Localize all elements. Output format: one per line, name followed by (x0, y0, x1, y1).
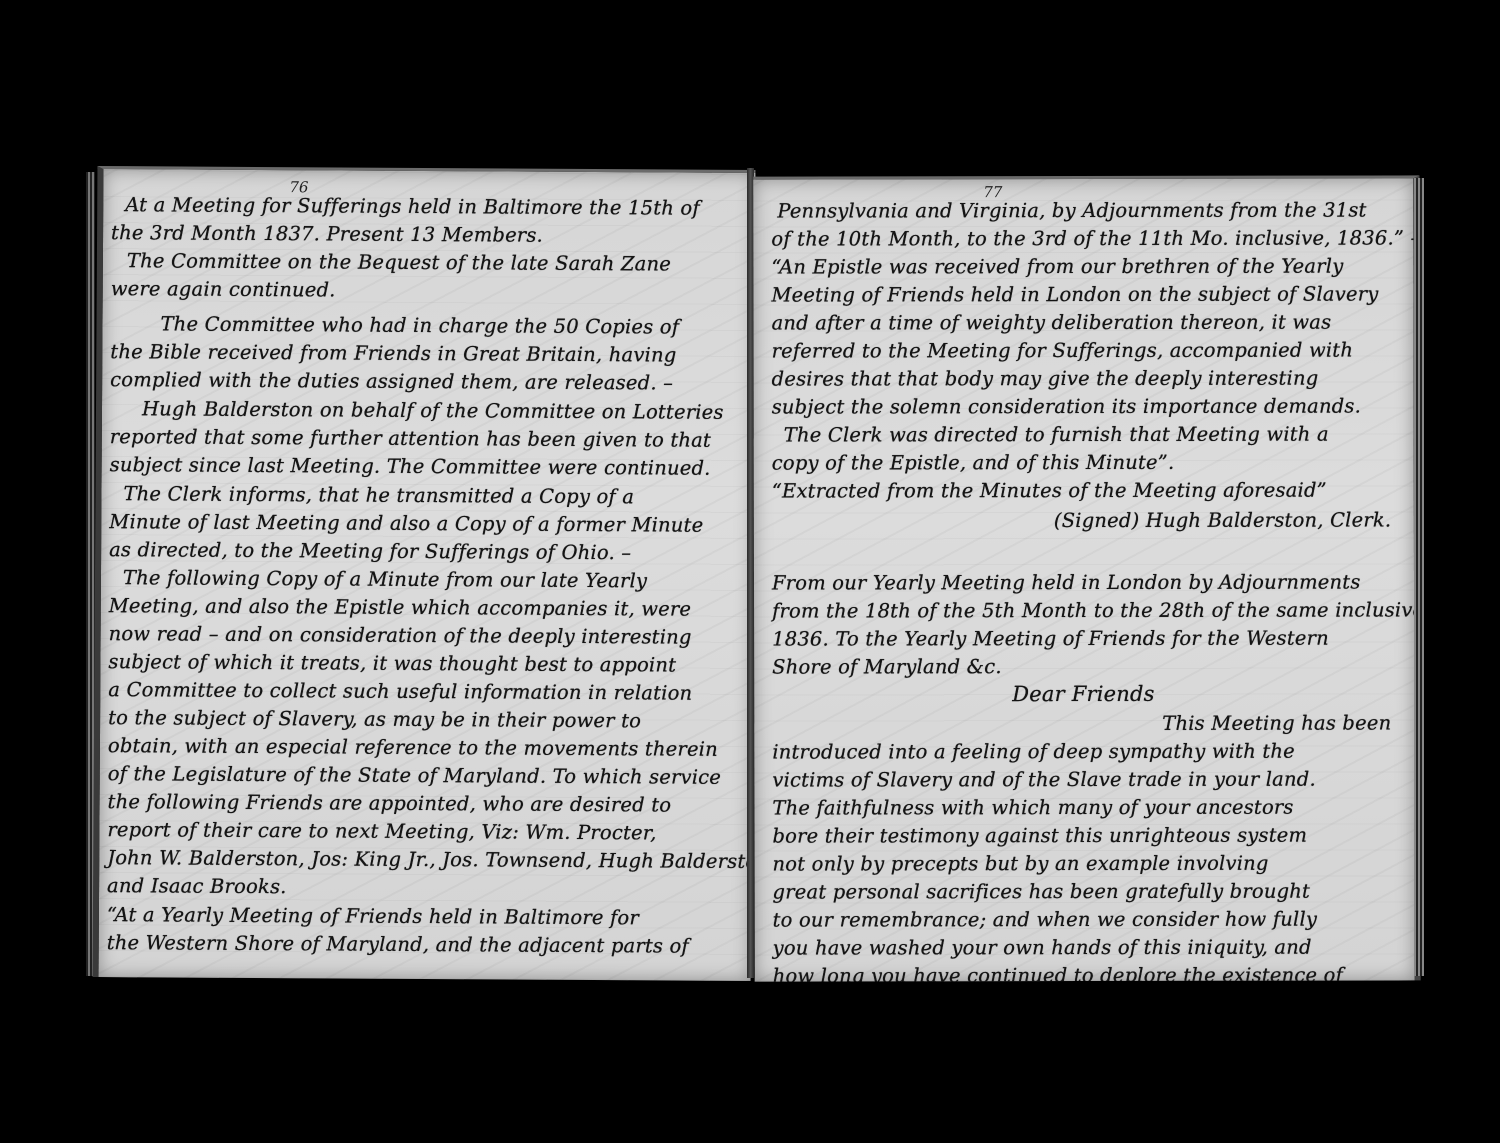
handwritten-line: the following Friends are appointed, who… (108, 790, 672, 816)
handwritten-line: “An Epistle was received from our brethr… (771, 255, 1343, 279)
handwritten-line: introduced into a feeling of deep sympat… (772, 740, 1295, 764)
handwritten-line: The faithfulness with which many of your… (772, 796, 1293, 820)
handwritten-line: as directed, to the Meeting for Sufferin… (109, 538, 631, 564)
right-page-text: Pennsylvania and Virginia, by Adjournmen… (753, 178, 1413, 179)
right-page-edges (1414, 178, 1424, 976)
handwritten-line: the 3rd Month 1837. Present 13 Members. (111, 221, 543, 247)
handwritten-line: At a Meeting for Sufferings held in Balt… (125, 193, 700, 220)
handwritten-line: 1836. To the Yearly Meeting of Friends f… (772, 627, 1329, 651)
handwritten-line: obtain, with an especial reference to th… (108, 734, 718, 761)
handwritten-line: not only by precepts but by an example i… (772, 852, 1268, 876)
handwritten-line: Meeting of Friends held in London on the… (771, 282, 1378, 306)
handwritten-line: subject of which it treats, it was thoug… (108, 650, 676, 676)
handwritten-line: This Meeting has been (1162, 711, 1391, 734)
handwritten-line: how long you have continued to deplore t… (773, 964, 1343, 982)
signature-line: (Signed) Hugh Balderston, Clerk. (1054, 508, 1391, 532)
handwritten-line: Hugh Balderston on behalf of the Committ… (142, 397, 724, 424)
handwritten-line: “At a Yearly Meeting of Friends held in … (107, 903, 639, 929)
handwritten-line: to our remembrance; and when we consider… (773, 908, 1318, 932)
handwritten-line: the Western Shore of Maryland, and the a… (107, 931, 689, 958)
salutation-line: Dear Friends (1012, 682, 1154, 706)
handwritten-line: reported that some further attention has… (110, 425, 711, 452)
handwritten-line: the Bible received from Friends in Great… (110, 340, 676, 366)
handwritten-line: now read – and on consideration of the d… (109, 622, 692, 649)
handwritten-line: bore their testimony against this unrigh… (772, 824, 1307, 848)
handwritten-line: John W. Balderston, Jos: King Jr., Jos. … (107, 846, 755, 873)
handwritten-line: victims of Slavery and of the Slave trad… (772, 768, 1316, 792)
handwritten-line: Pennsylvania and Virginia, by Adjournmen… (777, 199, 1366, 223)
handwritten-line: to the subject of Slavery, as may be in … (108, 706, 641, 732)
left-page: 76 At a Meeting for Sufferings held in B… (93, 166, 756, 981)
handwritten-line: report of their care to next Meeting, Vi… (107, 818, 656, 844)
handwritten-line: Shore of Maryland &c. (772, 655, 1002, 678)
handwritten-line: copy of the Epistle, and of this Minute”… (772, 451, 1175, 475)
handwritten-line: and Isaac Brooks. (107, 874, 287, 898)
handwritten-line: referred to the Meeting for Sufferings, … (772, 339, 1354, 363)
book-spread: 76 At a Meeting for Sufferings held in B… (0, 0, 1500, 1143)
handwritten-line: The Committee on the Bequest of the late… (127, 249, 671, 275)
handwritten-line: and after a time of weighty deliberation… (772, 311, 1332, 335)
handwritten-line: great personal sacrifices has been grate… (773, 880, 1311, 904)
handwritten-line: of the 10th Month, to the 3rd of the 11t… (771, 226, 1420, 250)
handwritten-line: From our Yearly Meeting held in London b… (772, 571, 1361, 595)
handwritten-line: “Extracted from the Minutes of the Meeti… (772, 479, 1327, 503)
handwritten-line: a Committee to collect such useful infor… (108, 678, 692, 705)
handwritten-line: The Committee who had in charge the 50 C… (160, 312, 679, 338)
handwritten-line: were again continued. (111, 277, 336, 301)
handwritten-line: The Clerk informs, that he transmitted a… (123, 482, 634, 508)
handwritten-line: desires that that body may give the deep… (772, 367, 1319, 391)
right-page: 77 Pennsylvania and Virginia, by Adjourn… (753, 175, 1420, 981)
handwritten-line: from the 18th of the 5th Month to the 28… (772, 598, 1421, 622)
handwritten-line: you have washed your own hands of this i… (773, 936, 1312, 960)
handwritten-line: Minute of last Meeting and also a Copy o… (109, 510, 703, 537)
handwritten-line: complied with the duties assigned them, … (110, 368, 673, 394)
left-page-text: At a Meeting for Sufferings held in Balt… (103, 169, 755, 173)
handwritten-line: The Clerk was directed to furnish that M… (784, 423, 1329, 447)
handwritten-line: subject since last Meeting. The Committe… (110, 453, 711, 480)
handwritten-line: of the Legislature of the State of Maryl… (108, 762, 721, 789)
handwritten-line: subject the solemn consideration its imp… (772, 395, 1361, 419)
handwritten-line: The following Copy of a Minute from our … (123, 566, 647, 592)
handwritten-line: Meeting, and also the Epistle which acco… (109, 594, 692, 621)
